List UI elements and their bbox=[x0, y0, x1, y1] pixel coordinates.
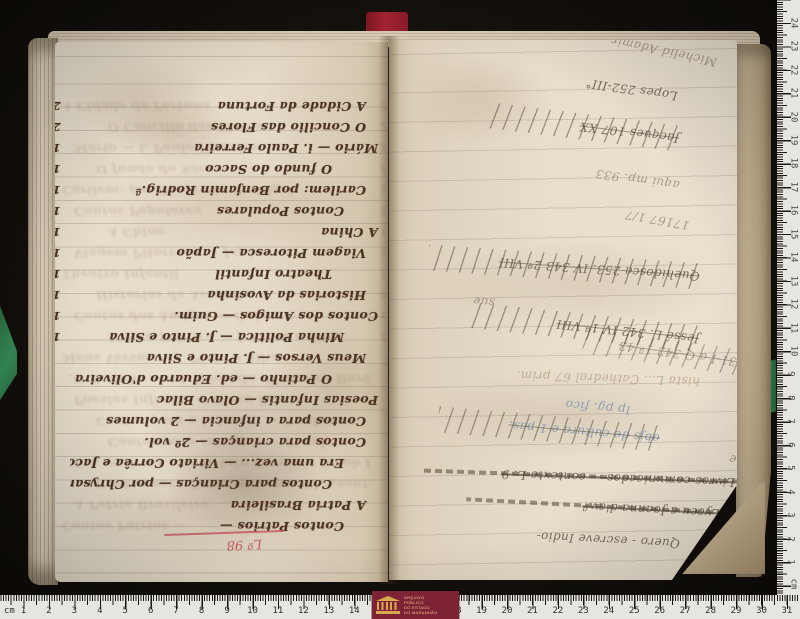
index-entry: O Patinho — ed. Eduardo d'Oliveira Durão… bbox=[55, 366, 388, 387]
ruler-number: 24 bbox=[788, 17, 798, 28]
ruler-number: 8 bbox=[199, 606, 204, 616]
left-page: Contos Patrios —1A Patria Brasileira2Con… bbox=[55, 42, 388, 582]
entry-number: 2 bbox=[55, 498, 70, 512]
index-entry: O fundo do Sacco18 bbox=[55, 156, 388, 177]
ruler-number: 4 bbox=[786, 489, 796, 494]
scribble-line: Kle bbox=[709, 450, 737, 468]
ruler-number: 20 bbox=[502, 606, 513, 616]
ruler-number: 2 bbox=[46, 606, 51, 616]
entry-title: O Concilio das Flores bbox=[70, 120, 388, 135]
ruler-number: 3 bbox=[72, 606, 77, 616]
ruler-number: 27 bbox=[680, 606, 691, 616]
ruler-number: 14 bbox=[349, 606, 360, 616]
index-entry: A Cidade da Fortuna21 bbox=[55, 93, 388, 114]
ruler-unit-label: cm bbox=[4, 606, 15, 616]
index-entry: Theatro Infantil13 bbox=[55, 261, 388, 282]
entry-title: Contos para a infancia — 2 volumes bbox=[70, 414, 388, 429]
scribble-line: Jacques 107 XX bbox=[490, 108, 680, 145]
ruler-number: 20 bbox=[788, 111, 798, 122]
index-entry: Meus Versos — J. Pinto e Silva9 bbox=[55, 345, 388, 366]
right-ruler-cm: cm 1234567891011121314151617181920212223… bbox=[777, 0, 800, 595]
book-gutter-shadow bbox=[378, 36, 400, 584]
index-entry: Historias da Avosinha12 bbox=[55, 282, 388, 303]
ruler-number: 31 bbox=[782, 606, 793, 616]
index-entry: Minha Politica — J. Pinto e Silva10 bbox=[55, 324, 388, 345]
ruler-number: 19 bbox=[788, 135, 798, 146]
ruler-number: 19 bbox=[476, 606, 487, 616]
index-entry: A China15 bbox=[55, 219, 388, 240]
ruler-number: 23 bbox=[578, 606, 589, 616]
entry-number: 8 bbox=[55, 372, 70, 386]
index-entry: A Patria Brasileira2 bbox=[55, 492, 388, 513]
scribble-line: Livros comunicados — contexto L. 9 bbox=[425, 465, 735, 490]
index-entry: Contos para crianças — 2º vol.5 bbox=[55, 429, 388, 450]
ruler-number: 17 bbox=[788, 181, 798, 192]
green-felt-left bbox=[0, 306, 17, 400]
entry-title: Minha Politica — J. Pinto e Silva bbox=[70, 330, 388, 345]
scribble-line: aqui mp. 933 bbox=[560, 162, 681, 193]
ruler-number: 12 bbox=[298, 606, 309, 616]
ruler-number: 26 bbox=[654, 606, 665, 616]
index-entry: Contos para a infancia — 2 volumes6 bbox=[55, 408, 388, 429]
index-entry: Contos dos Amigos — Guim.11 bbox=[55, 303, 388, 324]
handwritten-index: Lº 98 Contos Patrios —1A Patria Brasilei… bbox=[55, 78, 388, 568]
ruler-number: 6 bbox=[786, 442, 796, 447]
manuscript-photo: Contos Patrios —1A Patria Brasileira2Con… bbox=[0, 0, 800, 619]
scribble-line: objs de cultura e 1 pas. bbox=[440, 412, 660, 445]
entry-number: 17 bbox=[55, 183, 70, 197]
index-entry: Carilem: por Benjamin Rodrig.ª17 bbox=[55, 177, 388, 198]
entry-number: 6 bbox=[55, 414, 70, 428]
entry-number: 4 bbox=[55, 456, 70, 470]
scribble-line: Michelid Adamir bbox=[588, 40, 718, 69]
archive-stamp-line: DO MARANHÃO bbox=[404, 610, 438, 615]
scribble-line: Quehidosca 253. IV 343 2ª VIII bbox=[430, 251, 700, 284]
ruler-number: 28 bbox=[705, 606, 716, 616]
ruler-number: 5 bbox=[123, 606, 128, 616]
entry-number: 16 bbox=[55, 204, 70, 218]
building-icon bbox=[375, 596, 401, 614]
ruler-number: 21 bbox=[527, 606, 538, 616]
index-entry: Viagem Pitoresca — Japão14 bbox=[55, 240, 388, 261]
building-pediment bbox=[376, 596, 400, 601]
entry-number: 20 bbox=[55, 120, 70, 134]
ruler-number: 24 bbox=[603, 606, 614, 616]
ruler-number: 12 bbox=[788, 299, 798, 310]
entry-number: 10 bbox=[55, 330, 70, 344]
entry-title: A China bbox=[70, 225, 388, 240]
index-entry: Poesias Infantis — Olavo Bilac7 bbox=[55, 387, 388, 408]
building-columns bbox=[377, 602, 399, 610]
scribble-line: Lopes 252-III° bbox=[548, 71, 679, 103]
index-entry: O Concilio das Flores20 bbox=[55, 114, 388, 135]
ruler-number: 22 bbox=[788, 64, 798, 75]
ruler-number: 25 bbox=[629, 606, 640, 616]
right-page: Michelid AdamirLopes 252-III°Jacques 107… bbox=[389, 40, 737, 580]
ruler-number: 8 bbox=[786, 395, 796, 400]
index-entry: Era uma vez... — Viriato Corrêa e Jacob … bbox=[55, 450, 388, 471]
entry-number: 13 bbox=[55, 267, 70, 281]
entry-number: 12 bbox=[55, 288, 70, 302]
ruler-number: 7 bbox=[173, 606, 178, 616]
ruler-number: 1 bbox=[21, 606, 26, 616]
entry-number: 14 bbox=[55, 246, 70, 260]
entry-number: 11 bbox=[55, 309, 70, 323]
scribble-line: 231-I a Q 342 1ª 43 bbox=[585, 334, 737, 370]
scribble-line: Quero - escreve Indio- bbox=[500, 527, 680, 550]
ruler-number: 13 bbox=[323, 606, 334, 616]
red-pencil-note: Lº 98 bbox=[132, 536, 263, 558]
ruler-number: 13 bbox=[788, 275, 798, 286]
scribble-line: 17167 1/7 bbox=[590, 201, 691, 232]
entry-number: 9 bbox=[55, 351, 70, 365]
entry-title: Meus Versos — J. Pinto e Silva bbox=[70, 351, 388, 366]
ruler-number: 10 bbox=[247, 606, 258, 616]
archive-stamp-text: ARQUIVOPÚBLICODO ESTADODO MARANHÃO bbox=[404, 595, 438, 615]
entry-number: 5 bbox=[55, 435, 70, 449]
ruler-number: 21 bbox=[788, 88, 798, 99]
ruler-number: 29 bbox=[731, 606, 742, 616]
entry-number: 19 bbox=[55, 141, 70, 155]
ruler-number: 18 bbox=[788, 158, 798, 169]
scribble-line: hista L… Cathedral 67 prim. bbox=[440, 365, 700, 388]
entry-title: O Patinho — ed. Eduardo d'Oliveira Durão bbox=[70, 372, 388, 387]
index-entry: Contos Patrios —1 bbox=[55, 513, 388, 534]
entry-number: 3 bbox=[55, 477, 70, 491]
ruler-number: 23 bbox=[788, 41, 798, 52]
building-base bbox=[376, 611, 400, 614]
entry-title: Mário — i. Paulo Ferreira bbox=[70, 141, 388, 156]
entry-title: O fundo do Sacco bbox=[70, 162, 388, 177]
ruler-number: 2 bbox=[786, 536, 796, 541]
entry-title: Viagem Pitoresca — Japão bbox=[70, 246, 388, 261]
ruler-number: 7 bbox=[786, 419, 796, 424]
entry-number: 21 bbox=[55, 99, 70, 113]
ruler-number: 15 bbox=[788, 228, 798, 239]
index-entry: Mário — i. Paulo Ferreira19 bbox=[55, 135, 388, 156]
ruler-number: 6 bbox=[148, 606, 153, 616]
scribble-line: Lyceu a Joanna d'av.ª bbox=[470, 493, 720, 520]
ruler-number: 9 bbox=[224, 606, 229, 616]
ruler-number: 9 bbox=[786, 372, 796, 377]
entry-number: 1 bbox=[55, 519, 70, 533]
entry-number: 7 bbox=[55, 393, 70, 407]
ruler-number: 3 bbox=[786, 512, 796, 517]
ruler-number: 4 bbox=[97, 606, 102, 616]
entry-title: Theatro Infantil bbox=[70, 267, 388, 282]
index-entry: Contos para Crianças — por Chrysanthème3 bbox=[55, 471, 388, 492]
ruler-number: 22 bbox=[552, 606, 563, 616]
entry-number: 18 bbox=[55, 162, 70, 176]
entry-title: A Patria Brasileira bbox=[70, 498, 388, 513]
entry-title: Historias da Avosinha bbox=[70, 288, 388, 303]
entry-title: Carilem: por Benjamin Rodrig.ª bbox=[70, 183, 388, 198]
ruler-number: 16 bbox=[788, 205, 798, 216]
entry-title: Contos dos Amigos — Guim. bbox=[70, 309, 388, 324]
entry-title: Poesias Infantis — Olavo Bilac bbox=[70, 393, 388, 408]
entry-title: Era uma vez... — Viriato Corrêa e Jacob … bbox=[70, 456, 388, 471]
ruler-number: 14 bbox=[788, 252, 798, 263]
entry-title: A Cidade da Fortuna bbox=[70, 99, 388, 114]
ruler-unit-label: cm bbox=[788, 579, 798, 590]
ruler-number: 10 bbox=[788, 346, 798, 357]
entry-title: Contos para Crianças — por Chrysanthème bbox=[70, 477, 388, 492]
ruler-number: 1 bbox=[786, 559, 796, 564]
entry-title: Contos Populares bbox=[70, 204, 388, 219]
ruler-number: 11 bbox=[273, 606, 284, 616]
index-entry: Contos Populares16 bbox=[55, 198, 388, 219]
page-stack-left-edge bbox=[28, 38, 58, 585]
ruler-number: 11 bbox=[788, 322, 798, 333]
entry-title: Contos para crianças — 2º vol. bbox=[70, 435, 388, 450]
archive-stamp: ARQUIVOPÚBLICODO ESTADODO MARANHÃO bbox=[372, 591, 459, 619]
ruler-number: 30 bbox=[756, 606, 767, 616]
entry-number: 15 bbox=[55, 225, 70, 239]
scribble-line: lp pg. fico bbox=[560, 397, 631, 417]
ruler-number: 5 bbox=[786, 466, 796, 471]
